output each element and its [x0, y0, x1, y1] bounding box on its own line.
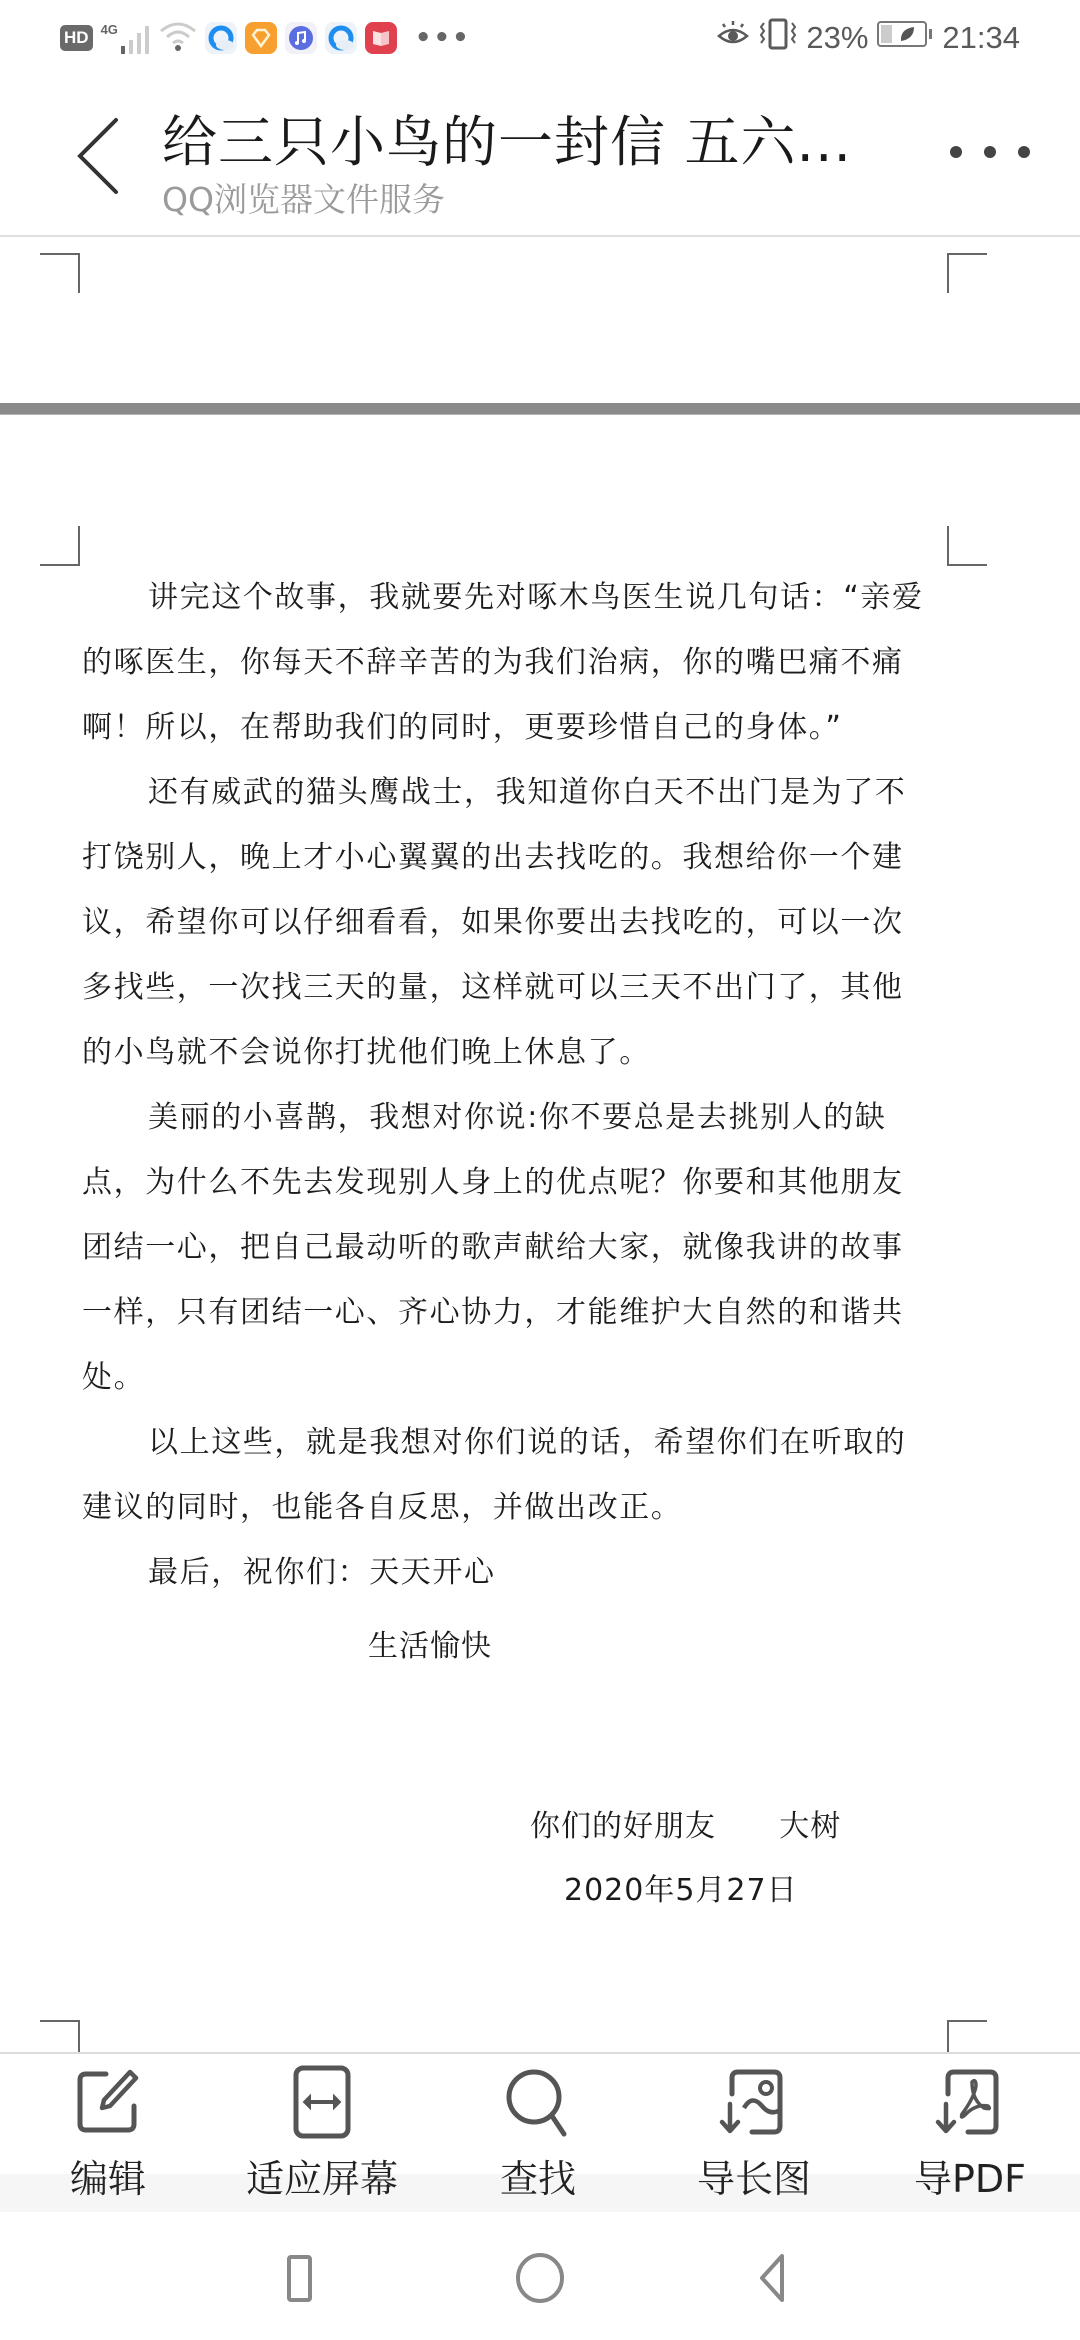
triangle-back-icon: [740, 2248, 800, 2308]
status-right: 23% 21:34: [716, 18, 1020, 58]
title-bar: 给三只小鸟的一封信 五六... QQ浏览器文件服务: [0, 76, 1080, 237]
battery-percent: 23%: [806, 20, 868, 56]
text-line: 美丽的小喜鹊，我想对你说:你不要总是去挑别人的缺: [82, 1085, 962, 1150]
more-dot-icon: [984, 146, 996, 158]
page-separator: [0, 403, 1080, 415]
page-corner-mark: [947, 253, 987, 293]
recents-button[interactable]: [279, 2248, 339, 2308]
document-title: 给三只小鸟的一封信 五六...: [162, 98, 852, 177]
text-line: 团结一心，把自己最动听的歌声献给大家，就像我讲的故事: [82, 1215, 962, 1280]
home-button[interactable]: [510, 2248, 570, 2308]
document-viewer[interactable]: 讲完这个故事，我就要先对啄木鸟医生说几句话：“亲爱 的啄医生，你每天不辞辛苦的为…: [0, 239, 1080, 2052]
text-line: 的啄医生，你每天不辞辛苦的为我们治病，你的嘴巴痛不痛: [82, 630, 962, 695]
text-line: 点，为什么不先去发现别人身上的优点呢？你要和其他朋友: [82, 1150, 962, 1215]
fit-screen-label: 适应屏幕: [246, 2148, 398, 2203]
more-dot-icon: [1018, 146, 1030, 158]
more-notifications-icon: •••: [415, 23, 471, 53]
hd-icon: HD: [60, 25, 93, 51]
letter-date: 2020年5月27日: [564, 1865, 798, 1909]
text-line: 最后，祝你们：天天开心: [82, 1540, 962, 1605]
export-pdf-label: 导PDF: [914, 2148, 1026, 2203]
network-type-label: 4G: [101, 22, 118, 37]
text-line: 打饶别人，晚上才小心翼翼的出去找吃的。我想给你一个建: [82, 825, 962, 890]
edit-button[interactable]: 编辑: [8, 2064, 208, 2204]
4g-signal-icon: 4G: [101, 22, 151, 54]
export-long-image-label: 导长图: [697, 2148, 811, 2203]
more-options-button[interactable]: [950, 132, 1030, 172]
chevron-left-icon: [70, 116, 130, 196]
battery-saver-icon: [876, 19, 934, 57]
export-pdf-icon: [932, 2064, 1008, 2140]
find-button[interactable]: 查找: [438, 2064, 638, 2204]
edit-icon: [70, 2064, 146, 2140]
page-corner-mark: [40, 526, 80, 566]
paragraph: 还有威武的猫头鹰战士，我知道你白天不出门是为了不 打饶别人，晚上才小心翼翼的出去…: [82, 760, 962, 1085]
document-source: QQ浏览器文件服务: [162, 174, 445, 221]
circle-home-icon: [510, 2248, 570, 2308]
status-bar: HD 4G ••• 23%: [0, 0, 1080, 76]
paragraph: 讲完这个故事，我就要先对啄木鸟医生说几句话：“亲爱 的啄医生，你每天不辞辛苦的为…: [82, 565, 962, 760]
qq-browser-icon: [325, 22, 357, 54]
text-line: 一样，只有团结一心、齐心协力，才能维护大自然的和谐共: [82, 1280, 962, 1345]
page-corner-mark: [947, 2020, 987, 2052]
text-line: 建议的同时，也能各自反思，并做出改正。: [82, 1475, 962, 1540]
status-left: HD 4G •••: [60, 20, 471, 56]
text-line: 还有威武的猫头鹰战士，我知道你白天不出门是为了不: [82, 760, 962, 825]
vibrate-icon: [758, 17, 798, 59]
search-icon: [500, 2064, 576, 2140]
page-corner-mark: [40, 2020, 80, 2052]
paragraph: 以上这些，就是我想对你们说的话，希望你们在听取的 建议的同时，也能各自反思，并做…: [82, 1410, 962, 1540]
signature: 你们的好朋友 大树: [530, 1801, 841, 1845]
text-line: 以上这些，就是我想对你们说的话，希望你们在听取的: [82, 1410, 962, 1475]
orange-diamond-app-icon: [245, 22, 277, 54]
text-line: 议，希望你可以仔细看看，如果你要出去找吃的，可以一次: [82, 890, 962, 955]
clock: 21:34: [942, 20, 1020, 56]
text-line: 讲完这个故事，我就要先对啄木鸟医生说几句话：“亲爱: [82, 565, 962, 630]
export-pdf-button[interactable]: 导PDF: [870, 2064, 1070, 2204]
export-long-image-icon: [716, 2064, 792, 2140]
fit-screen-button[interactable]: 适应屏幕: [222, 2064, 422, 2204]
closing-wish: 生活愉快: [368, 1621, 492, 1665]
text-line: 多找些，一次找三天的量，这样就可以三天不出门了，其他: [82, 955, 962, 1020]
more-dot-icon: [950, 146, 962, 158]
text-line: 啊！所以，在帮助我们的同时，更要珍惜自己的身体。”: [82, 695, 962, 760]
page-corner-mark: [947, 526, 987, 566]
export-long-image-button[interactable]: 导长图: [654, 2064, 854, 2204]
text-line: 处。: [82, 1345, 962, 1410]
edit-label: 编辑: [70, 2148, 146, 2203]
square-recents-icon: [279, 2248, 339, 2308]
find-label: 查找: [500, 2148, 576, 2203]
red-book-app-icon: [365, 22, 397, 54]
bottom-toolbar: 编辑 适应屏幕 查找 导长图 导PDF: [0, 2052, 1080, 2212]
eye-comfort-icon: [716, 19, 750, 57]
back-button[interactable]: [70, 116, 130, 196]
wifi-icon: [159, 20, 197, 56]
back-nav-button[interactable]: [740, 2248, 800, 2308]
fit-screen-icon: [284, 2064, 360, 2140]
text-line: 的小鸟就不会说你打扰他们晚上休息了。: [82, 1020, 962, 1085]
system-navigation-bar: [0, 2212, 1080, 2340]
page-corner-mark: [40, 253, 80, 293]
qq-browser-icon: [205, 22, 237, 54]
music-app-icon: [285, 22, 317, 54]
paragraph: 最后，祝你们：天天开心: [82, 1540, 962, 1605]
paragraph: 美丽的小喜鹊，我想对你说:你不要总是去挑别人的缺 点，为什么不先去发现别人身上的…: [82, 1085, 962, 1410]
